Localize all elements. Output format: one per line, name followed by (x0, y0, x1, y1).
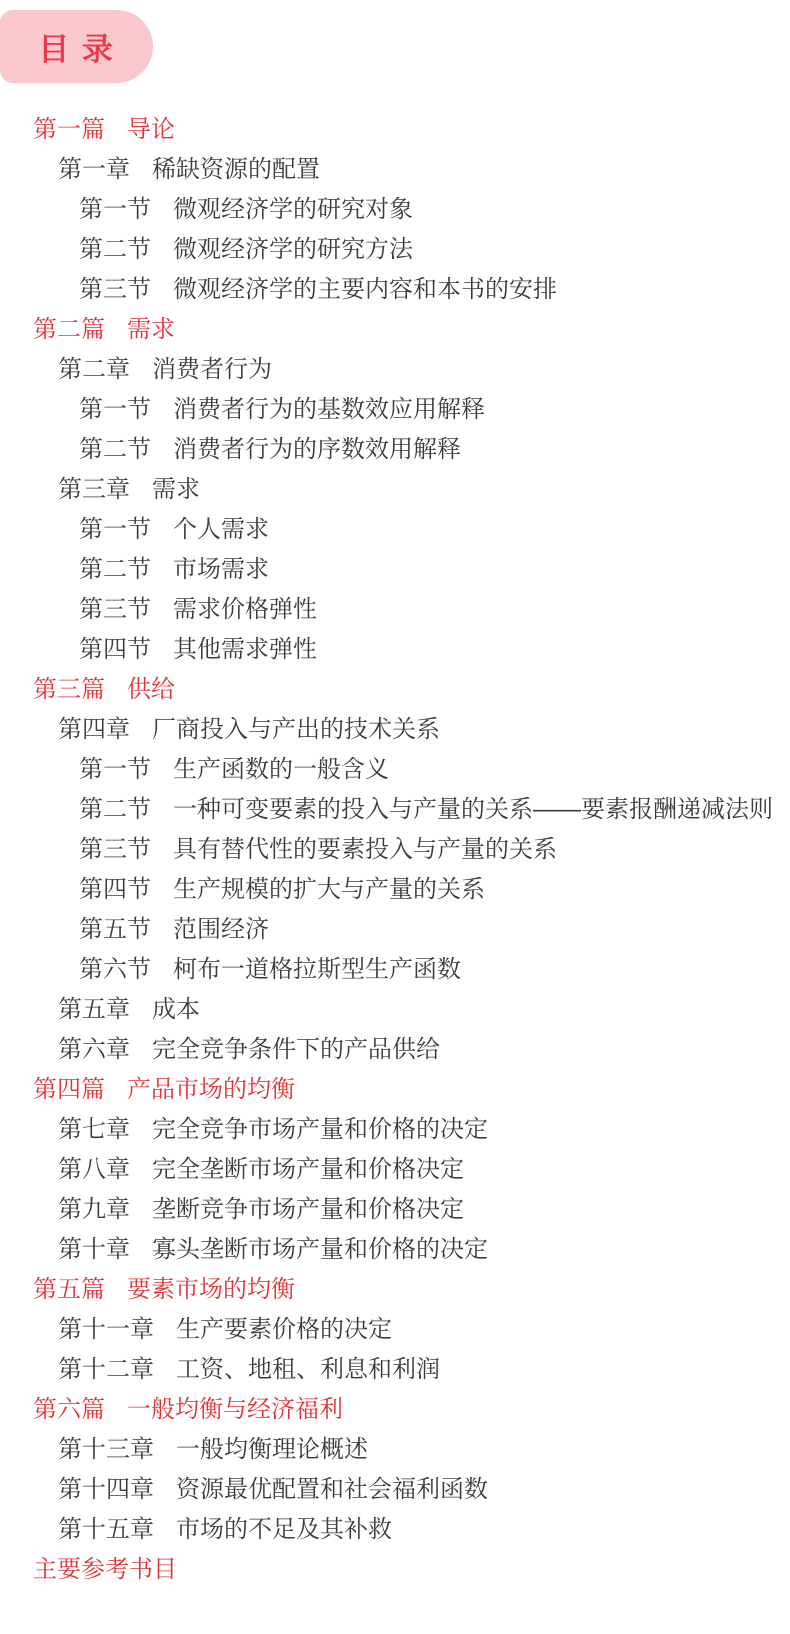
toc-item-label: 第二篇 (33, 309, 105, 344)
toc-item-title: 微观经济学的研究对象 (173, 189, 413, 224)
toc-item: 第二节 一种可变要素的投入与产量的关系——要素报酬递减法则 (0, 786, 790, 826)
toc-item-label: 主要参考书目 (33, 1549, 177, 1584)
toc-item: 第三节 具有替代性的要素投入与产量的关系 (0, 826, 790, 866)
toc-item-title: 柯布一道格拉斯型生产函数 (173, 949, 461, 984)
toc-item-label: 第五篇 (33, 1269, 105, 1304)
toc-item: 第十二章 工资、地租、利息和利润 (0, 1346, 790, 1386)
toc-item-label: 第十三章 (58, 1429, 154, 1464)
toc-item: 第十一章 生产要素价格的决定 (0, 1306, 790, 1346)
toc-item-title: 寡头垄断市场产量和价格的决定 (152, 1229, 488, 1264)
toc-item: 第六章 完全竞争条件下的产品供给 (0, 1026, 790, 1066)
toc-item: 第六节 柯布一道格拉斯型生产函数 (0, 946, 790, 986)
toc-item: 第四章 厂商投入与产出的技术关系 (0, 706, 790, 746)
toc-item-title: 一种可变要素的投入与产量的关系——要素报酬递减法则 (173, 789, 773, 824)
toc-item-title: 一般均衡与经济福利 (127, 1389, 343, 1424)
toc-item-label: 第三篇 (33, 669, 105, 704)
toc-page-title: 目 录 (38, 24, 115, 69)
toc-item-label: 第五章 (58, 989, 130, 1024)
toc-item: 第三章 需求 (0, 466, 790, 506)
toc-item-label: 第一节 (79, 509, 151, 544)
toc-item: 第二篇 需求 (0, 306, 790, 346)
toc-item-title: 垄断竞争市场产量和价格决定 (152, 1189, 464, 1224)
toc-item-label: 第一节 (79, 389, 151, 424)
toc-item: 第三节 微观经济学的主要内容和本书的安排 (0, 266, 790, 306)
toc-item: 第一章 稀缺资源的配置 (0, 146, 790, 186)
toc-item-title: 导论 (127, 109, 175, 144)
toc-item-title: 需求 (152, 469, 200, 504)
toc-item-label: 第三节 (79, 269, 151, 304)
toc-item-label: 第九章 (58, 1189, 130, 1224)
toc-item-title: 需求 (127, 309, 175, 344)
toc-item-label: 第一节 (79, 749, 151, 784)
toc-item-label: 第十四章 (58, 1469, 154, 1504)
toc-item-label: 第二节 (79, 549, 151, 584)
toc-list: 第一篇 导论 第一章 稀缺资源的配置 第一节 微观经济学的研究对象 第二节 微观… (0, 106, 790, 1586)
toc-item-title: 消费者行为的基数效应用解释 (173, 389, 485, 424)
toc-title-badge: 目 录 (0, 10, 153, 83)
toc-item: 第一节 个人需求 (0, 506, 790, 546)
toc-item-label: 第一章 (58, 149, 130, 184)
toc-item-label: 第二节 (79, 789, 151, 824)
toc-item-title: 市场需求 (173, 549, 269, 584)
toc-item-label: 第六章 (58, 1029, 130, 1064)
toc-item: 第二节 微观经济学的研究方法 (0, 226, 790, 266)
toc-item: 第二章 消费者行为 (0, 346, 790, 386)
toc-item-label: 第二章 (58, 349, 130, 384)
toc-item-label: 第七章 (58, 1109, 130, 1144)
toc-item-label: 第二节 (79, 429, 151, 464)
toc-item: 主要参考书目 (0, 1546, 790, 1586)
toc-item: 第十三章 一般均衡理论概述 (0, 1426, 790, 1466)
toc-item-title: 成本 (152, 989, 200, 1024)
toc-item-label: 第六篇 (33, 1389, 105, 1424)
toc-item-title: 供给 (127, 669, 175, 704)
toc-item-title: 要素市场的均衡 (127, 1269, 295, 1304)
toc-item-title: 工资、地租、利息和利润 (176, 1349, 440, 1384)
toc-item: 第十五章 市场的不足及其补救 (0, 1506, 790, 1546)
toc-item-label: 第六节 (79, 949, 151, 984)
toc-item-label: 第八章 (58, 1149, 130, 1184)
toc-item: 第四节 其他需求弹性 (0, 626, 790, 666)
toc-item-title: 范围经济 (173, 909, 269, 944)
toc-item-label: 第十一章 (58, 1309, 154, 1344)
toc-item-title: 完全竞争条件下的产品供给 (152, 1029, 440, 1064)
toc-item-title: 产品市场的均衡 (127, 1069, 295, 1104)
toc-item: 第二节 消费者行为的序数效用解释 (0, 426, 790, 466)
toc-item-title: 市场的不足及其补救 (176, 1509, 392, 1544)
toc-item-label: 第四节 (79, 629, 151, 664)
toc-item: 第一节 消费者行为的基数效应用解释 (0, 386, 790, 426)
toc-item: 第三篇 供给 (0, 666, 790, 706)
toc-item: 第二节 市场需求 (0, 546, 790, 586)
toc-item-title: 生产规模的扩大与产量的关系 (173, 869, 485, 904)
toc-item-label: 第十二章 (58, 1349, 154, 1384)
toc-item: 第五节 范围经济 (0, 906, 790, 946)
toc-item-label: 第二节 (79, 229, 151, 264)
toc-item: 第四节 生产规模的扩大与产量的关系 (0, 866, 790, 906)
toc-item: 第九章 垄断竞争市场产量和价格决定 (0, 1186, 790, 1226)
toc-item-label: 第一篇 (33, 109, 105, 144)
toc-item-title: 消费者行为的序数效用解释 (173, 429, 461, 464)
toc-item-title: 生产函数的一般含义 (173, 749, 389, 784)
toc-item: 第五章 成本 (0, 986, 790, 1026)
toc-item-label: 第三节 (79, 829, 151, 864)
toc-item-title: 其他需求弹性 (173, 629, 317, 664)
toc-item-label: 第五节 (79, 909, 151, 944)
toc-item: 第一篇 导论 (0, 106, 790, 146)
toc-item-label: 第三节 (79, 589, 151, 624)
toc-item-title: 消费者行为 (152, 349, 272, 384)
toc-item-label: 第一节 (79, 189, 151, 224)
toc-item-label: 第四章 (58, 709, 130, 744)
toc-item-label: 第十五章 (58, 1509, 154, 1544)
toc-item: 第十章 寡头垄断市场产量和价格的决定 (0, 1226, 790, 1266)
toc-item-label: 第四节 (79, 869, 151, 904)
toc-item: 第五篇 要素市场的均衡 (0, 1266, 790, 1306)
toc-item-title: 资源最优配置和社会福利函数 (176, 1469, 488, 1504)
toc-item-label: 第三章 (58, 469, 130, 504)
toc-item-title: 完全垄断市场产量和价格决定 (152, 1149, 464, 1184)
toc-page: 目 录 第一篇 导论 第一章 稀缺资源的配置 第一节 微观经济学的研究对象 第二… (0, 0, 790, 1634)
toc-item: 第七章 完全竞争市场产量和价格的决定 (0, 1106, 790, 1146)
toc-item: 第三节 需求价格弹性 (0, 586, 790, 626)
toc-item-title: 需求价格弹性 (173, 589, 317, 624)
toc-item: 第一节 生产函数的一般含义 (0, 746, 790, 786)
toc-item-title: 个人需求 (173, 509, 269, 544)
toc-item-title: 稀缺资源的配置 (152, 149, 320, 184)
toc-item-title: 具有替代性的要素投入与产量的关系 (173, 829, 557, 864)
toc-item-label: 第四篇 (33, 1069, 105, 1104)
toc-item: 第六篇 一般均衡与经济福利 (0, 1386, 790, 1426)
toc-item-title: 厂商投入与产出的技术关系 (152, 709, 440, 744)
toc-item: 第四篇 产品市场的均衡 (0, 1066, 790, 1106)
toc-item-title: 微观经济学的主要内容和本书的安排 (173, 269, 557, 304)
toc-item-title: 一般均衡理论概述 (176, 1429, 368, 1464)
toc-item-title: 生产要素价格的决定 (176, 1309, 392, 1344)
toc-item: 第八章 完全垄断市场产量和价格决定 (0, 1146, 790, 1186)
toc-item-label: 第十章 (58, 1229, 130, 1264)
toc-item-title: 微观经济学的研究方法 (173, 229, 413, 264)
toc-item: 第一节 微观经济学的研究对象 (0, 186, 790, 226)
toc-item-title: 完全竞争市场产量和价格的决定 (152, 1109, 488, 1144)
toc-item: 第十四章 资源最优配置和社会福利函数 (0, 1466, 790, 1506)
